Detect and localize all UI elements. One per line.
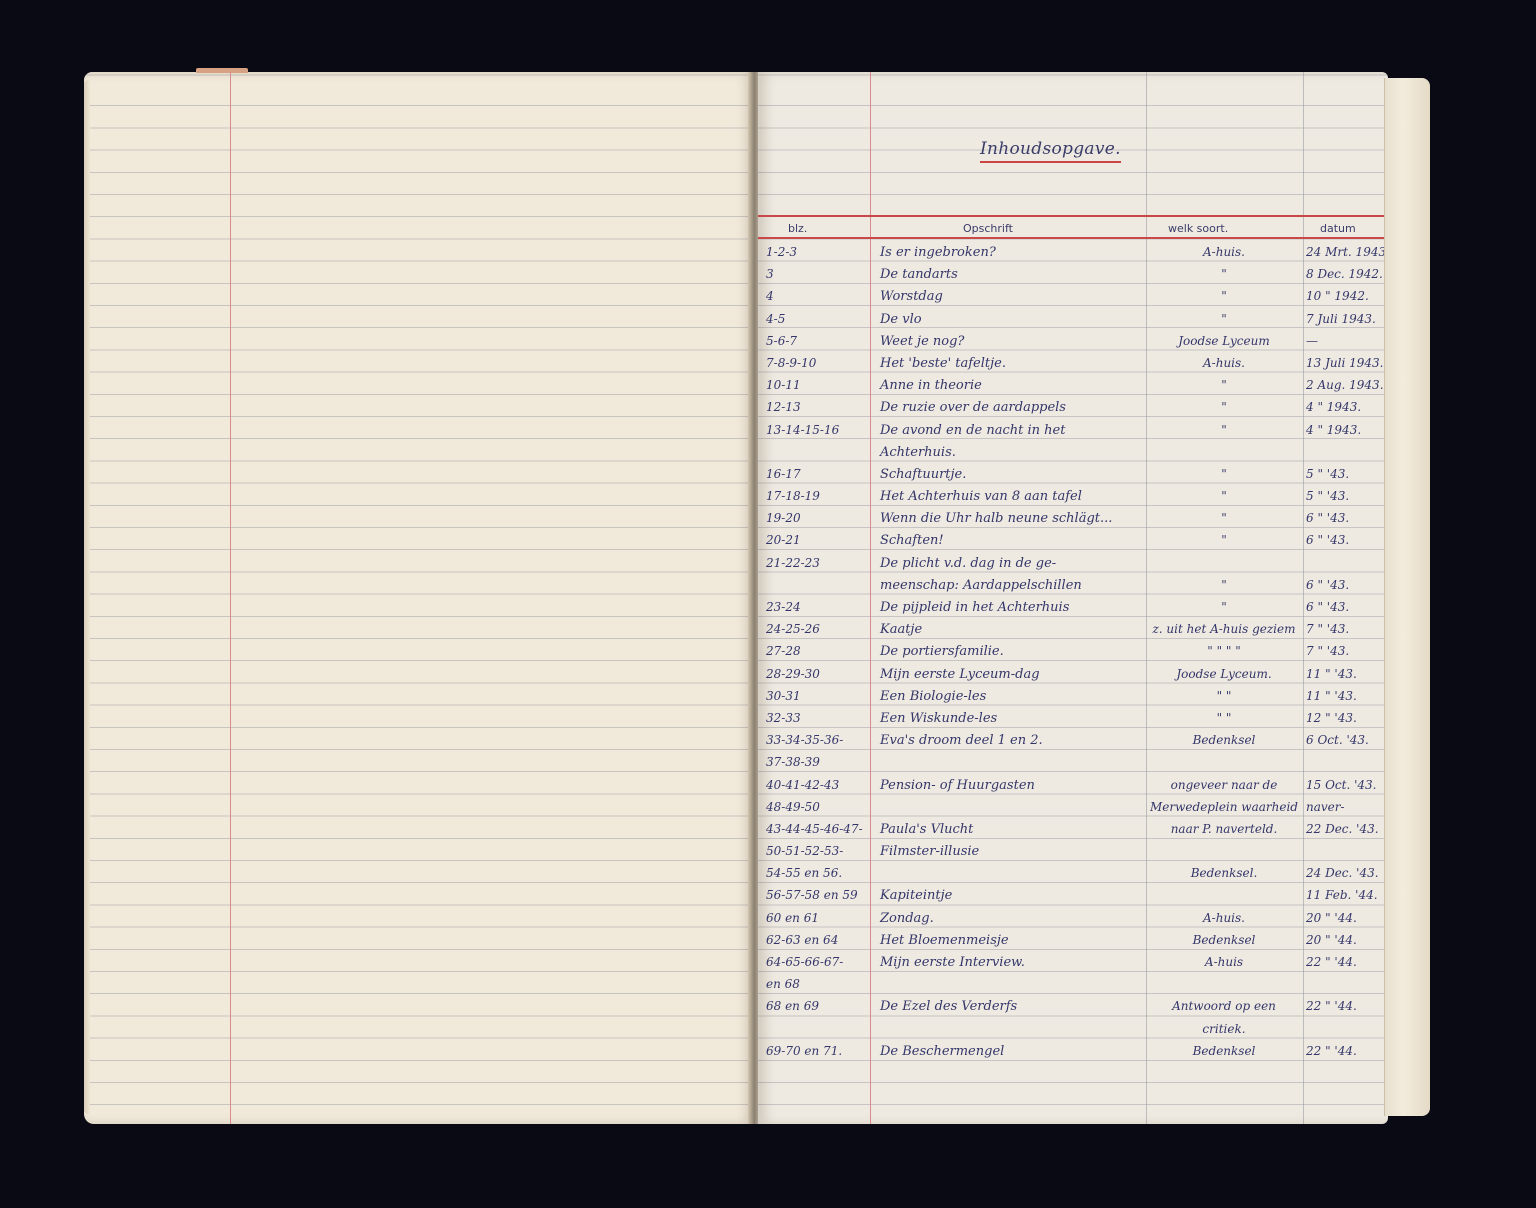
toc-page-number: 1-2-3 bbox=[766, 245, 866, 259]
toc-entry-date: 11 " '43. bbox=[1306, 667, 1386, 681]
toc-entry-title: Anne in theorie bbox=[880, 378, 1160, 393]
table-row: meenschap: Aardappelschillen"6 " '43. bbox=[758, 574, 1384, 596]
table-row: 3De tandarts"8 Dec. 1942. bbox=[758, 263, 1384, 285]
table-row: 33-34-35-36-Eva's droom deel 1 en 2.Bede… bbox=[758, 729, 1384, 751]
toc-entry-title: Het Achterhuis van 8 aan tafel bbox=[880, 489, 1160, 504]
toc-entry-date: 4 " 1943. bbox=[1306, 400, 1386, 414]
table-row: 64-65-66-67-Mijn eerste Interview.A-huis… bbox=[758, 951, 1384, 973]
toc-page-number: 4-5 bbox=[766, 312, 866, 326]
page-block-edge bbox=[1384, 78, 1430, 1116]
toc-page-number: 10-11 bbox=[766, 378, 866, 392]
toc-entry-kind: " " bbox=[1150, 711, 1298, 725]
toc-entry-title: Een Wiskunde-les bbox=[880, 711, 1160, 726]
toc-entry-kind: Bedenksel bbox=[1150, 733, 1298, 747]
right-page: Inhoudsopgave. blz. Opschrift welk soort… bbox=[758, 72, 1388, 1124]
toc-entry-date: 4 " 1943. bbox=[1306, 423, 1386, 437]
toc-entry-date: 11 " '43. bbox=[1306, 689, 1386, 703]
toc-entry-title: meenschap: Aardappelschillen bbox=[880, 578, 1160, 593]
toc-entry-date: — bbox=[1306, 334, 1386, 348]
toc-entry-title: De portiersfamilie. bbox=[880, 644, 1160, 659]
toc-page-number: 32-33 bbox=[766, 711, 866, 725]
table-row: 56-57-58 en 59Kapiteintje11 Feb. '44. bbox=[758, 884, 1384, 906]
table-row: 4Worstdag"10 " 1942. bbox=[758, 285, 1384, 307]
toc-entry-kind: naar P. naverteld. bbox=[1150, 822, 1298, 836]
toc-entry-date: 24 Mrt. 1943. bbox=[1306, 245, 1386, 259]
toc-entry-title: Weet je nog? bbox=[880, 334, 1160, 349]
toc-entry-kind: " bbox=[1150, 378, 1298, 392]
table-row: Achterhuis. bbox=[758, 441, 1384, 463]
toc-entry-kind: " bbox=[1150, 312, 1298, 326]
toc-entry-date: naver- bbox=[1306, 800, 1386, 814]
toc-entry-kind: " bbox=[1150, 578, 1298, 592]
table-row: 30-31Een Biologie-les" "11 " '43. bbox=[758, 685, 1384, 707]
table-row: 1-2-3Is er ingebroken?A-huis.24 Mrt. 194… bbox=[758, 241, 1384, 263]
toc-table: 1-2-3Is er ingebroken?A-huis.24 Mrt. 194… bbox=[758, 241, 1384, 1062]
table-row: critiek. bbox=[758, 1018, 1384, 1040]
toc-entry-title: Schaften! bbox=[880, 533, 1160, 548]
toc-entry-date: 6 " '43. bbox=[1306, 578, 1386, 592]
table-row: 37-38-39 bbox=[758, 751, 1384, 773]
toc-entry-date: 7 " '43. bbox=[1306, 622, 1386, 636]
toc-page-number: 5-6-7 bbox=[766, 334, 866, 348]
table-row: 69-70 en 71.De BeschermengelBedenksel22 … bbox=[758, 1040, 1384, 1062]
toc-entry-title: Schaftuurtje. bbox=[880, 467, 1160, 482]
table-row: 68 en 69De Ezel des VerderfsAntwoord op … bbox=[758, 995, 1384, 1017]
column-header-page: blz. bbox=[788, 222, 807, 235]
toc-page-number: 13-14-15-16 bbox=[766, 423, 866, 437]
toc-entry-kind: " bbox=[1150, 423, 1298, 437]
toc-page-number: 12-13 bbox=[766, 400, 866, 414]
toc-page-number: 37-38-39 bbox=[766, 755, 866, 769]
toc-entry-kind: Bedenksel bbox=[1150, 1044, 1298, 1058]
toc-entry-date: 8 Dec. 1942. bbox=[1306, 267, 1386, 281]
toc-entry-date: 6 " '43. bbox=[1306, 533, 1386, 547]
toc-entry-title: De ruzie over de aardappels bbox=[880, 400, 1160, 415]
left-page-edge bbox=[84, 80, 90, 1114]
toc-entry-title: Het 'beste' tafeltje. bbox=[880, 356, 1160, 371]
toc-page-number: 68 en 69 bbox=[766, 999, 866, 1013]
table-row: 20-21Schaften!"6 " '43. bbox=[758, 529, 1384, 551]
header-bottom-rule bbox=[758, 237, 1384, 239]
table-row: 21-22-23De plicht v.d. dag in de ge- bbox=[758, 552, 1384, 574]
toc-entry-title: De tandarts bbox=[880, 267, 1160, 282]
toc-entry-kind: " " bbox=[1150, 689, 1298, 703]
toc-entry-title: Mijn eerste Lyceum-dag bbox=[880, 667, 1160, 682]
toc-page-number: en 68 bbox=[766, 977, 866, 991]
header-top-rule bbox=[758, 215, 1384, 217]
toc-entry-title: De plicht v.d. dag in de ge- bbox=[880, 556, 1160, 571]
page-title: Inhoudsopgave. bbox=[980, 139, 1121, 163]
toc-entry-date: 7 " '43. bbox=[1306, 644, 1386, 658]
toc-entry-date: 2 Aug. 1943. bbox=[1306, 378, 1386, 392]
table-row: 19-20Wenn die Uhr halb neune schlägt..."… bbox=[758, 507, 1384, 529]
toc-page-number: 7-8-9-10 bbox=[766, 356, 866, 370]
toc-entry-date: 11 Feb. '44. bbox=[1306, 888, 1386, 902]
table-row: 62-63 en 64Het BloemenmeisjeBedenksel20 … bbox=[758, 929, 1384, 951]
toc-entry-kind: Joodse Lyceum bbox=[1150, 334, 1298, 348]
toc-page-number: 30-31 bbox=[766, 689, 866, 703]
toc-entry-date: 6 " '43. bbox=[1306, 511, 1386, 525]
toc-page-number: 16-17 bbox=[766, 467, 866, 481]
toc-entry-kind: A-huis. bbox=[1150, 911, 1298, 925]
toc-entry-date: 7 Juli 1943. bbox=[1306, 312, 1386, 326]
toc-entry-kind: critiek. bbox=[1150, 1022, 1298, 1036]
toc-entry-kind: Antwoord op een bbox=[1150, 999, 1298, 1013]
table-row: 24-25-26Kaatjez. uit het A-huis geziem7 … bbox=[758, 618, 1384, 640]
table-row: 43-44-45-46-47-Paula's Vluchtnaar P. nav… bbox=[758, 818, 1384, 840]
toc-page-number: 60 en 61 bbox=[766, 911, 866, 925]
table-row: 50-51-52-53-Filmster-illusie bbox=[758, 840, 1384, 862]
toc-page-number: 33-34-35-36- bbox=[766, 733, 866, 747]
page-tab-marker bbox=[196, 68, 248, 73]
toc-page-number: 40-41-42-43 bbox=[766, 778, 866, 792]
toc-entry-kind: A-huis. bbox=[1150, 356, 1298, 370]
table-row: 10-11Anne in theorie"2 Aug. 1943. bbox=[758, 374, 1384, 396]
toc-page-number: 20-21 bbox=[766, 533, 866, 547]
toc-entry-date: 22 " '44. bbox=[1306, 999, 1386, 1013]
table-row: 48-49-50Merwedeplein waarheidnaver- bbox=[758, 796, 1384, 818]
column-header-date: datum bbox=[1320, 222, 1356, 235]
toc-entry-title: Paula's Vlucht bbox=[880, 822, 1160, 837]
table-row: 27-28De portiersfamilie." " " "7 " '43. bbox=[758, 640, 1384, 662]
toc-entry-date: 10 " 1942. bbox=[1306, 289, 1386, 303]
toc-entry-title: Zondag. bbox=[880, 911, 1160, 926]
toc-entry-kind: " bbox=[1150, 511, 1298, 525]
toc-entry-date: 22 " '44. bbox=[1306, 1044, 1386, 1058]
table-row: 16-17Schaftuurtje."5 " '43. bbox=[758, 463, 1384, 485]
toc-entry-title: De vlo bbox=[880, 312, 1160, 327]
toc-entry-date: 12 " '43. bbox=[1306, 711, 1386, 725]
toc-entry-kind: A-huis bbox=[1150, 955, 1298, 969]
toc-entry-date: 6 Oct. '43. bbox=[1306, 733, 1386, 747]
toc-entry-date: 5 " '43. bbox=[1306, 489, 1386, 503]
column-header-kind: welk soort. bbox=[1168, 222, 1228, 235]
toc-entry-kind: A-huis. bbox=[1150, 245, 1298, 259]
toc-entry-kind: ongeveer naar de bbox=[1150, 778, 1298, 792]
toc-page-number: 56-57-58 en 59 bbox=[766, 888, 866, 902]
toc-entry-title: De Ezel des Verderfs bbox=[880, 999, 1160, 1014]
toc-entry-date: 24 Dec. '43. bbox=[1306, 866, 1386, 880]
toc-entry-kind: Joodse Lyceum. bbox=[1150, 667, 1298, 681]
table-row: 54-55 en 56.Bedenksel.24 Dec. '43. bbox=[758, 862, 1384, 884]
table-row: 60 en 61Zondag.A-huis.20 " '44. bbox=[758, 907, 1384, 929]
table-row: 23-24De pijpleid in het Achterhuis"6 " '… bbox=[758, 596, 1384, 618]
toc-page-number: 48-49-50 bbox=[766, 800, 866, 814]
table-row: 7-8-9-10Het 'beste' tafeltje.A-huis.13 J… bbox=[758, 352, 1384, 374]
toc-page-number: 27-28 bbox=[766, 644, 866, 658]
toc-entry-date: 22 " '44. bbox=[1306, 955, 1386, 969]
table-row: 13-14-15-16De avond en de nacht in het"4… bbox=[758, 419, 1384, 441]
toc-entry-kind: " bbox=[1150, 600, 1298, 614]
toc-page-number: 17-18-19 bbox=[766, 489, 866, 503]
toc-page-number: 64-65-66-67- bbox=[766, 955, 866, 969]
toc-page-number: 43-44-45-46-47- bbox=[766, 822, 866, 836]
toc-entry-title: Filmster-illusie bbox=[880, 844, 1160, 859]
toc-entry-date: 5 " '43. bbox=[1306, 467, 1386, 481]
left-page bbox=[84, 72, 752, 1124]
toc-page-number: 24-25-26 bbox=[766, 622, 866, 636]
toc-entry-title: Een Biologie-les bbox=[880, 689, 1160, 704]
toc-entry-title: De avond en de nacht in het bbox=[880, 423, 1160, 438]
toc-page-number: 54-55 en 56. bbox=[766, 866, 866, 880]
toc-entry-title: Kapiteintje bbox=[880, 888, 1160, 903]
table-row: 40-41-42-43Pension- of Huurgastenongevee… bbox=[758, 774, 1384, 796]
table-row: 17-18-19Het Achterhuis van 8 aan tafel"5… bbox=[758, 485, 1384, 507]
toc-entry-kind: " bbox=[1150, 267, 1298, 281]
toc-entry-title: Wenn die Uhr halb neune schlägt... bbox=[880, 511, 1160, 526]
toc-entry-title: Achterhuis. bbox=[880, 445, 1160, 460]
table-row: 4-5De vlo"7 Juli 1943. bbox=[758, 308, 1384, 330]
toc-page-number: 28-29-30 bbox=[766, 667, 866, 681]
toc-page-number: 4 bbox=[766, 289, 866, 303]
table-row: 32-33Een Wiskunde-les" "12 " '43. bbox=[758, 707, 1384, 729]
toc-entry-title: Kaatje bbox=[880, 622, 1160, 637]
toc-entry-kind: Bedenksel bbox=[1150, 933, 1298, 947]
toc-entry-kind: " bbox=[1150, 489, 1298, 503]
toc-entry-kind: " bbox=[1150, 289, 1298, 303]
toc-page-number: 69-70 en 71. bbox=[766, 1044, 866, 1058]
toc-page-number: 62-63 en 64 bbox=[766, 933, 866, 947]
table-row: 12-13De ruzie over de aardappels"4 " 194… bbox=[758, 396, 1384, 418]
toc-page-number: 23-24 bbox=[766, 600, 866, 614]
toc-entry-title: Worstdag bbox=[880, 289, 1160, 304]
left-margin-line bbox=[230, 72, 231, 1124]
toc-entry-title: Eva's droom deel 1 en 2. bbox=[880, 733, 1160, 748]
toc-entry-date: 22 Dec. '43. bbox=[1306, 822, 1386, 836]
toc-entry-date: 6 " '43. bbox=[1306, 600, 1386, 614]
table-row: en 68 bbox=[758, 973, 1384, 995]
table-row: 5-6-7Weet je nog?Joodse Lyceum— bbox=[758, 330, 1384, 352]
toc-entry-title: Mijn eerste Interview. bbox=[880, 955, 1160, 970]
toc-entry-kind: " " " " bbox=[1150, 644, 1298, 658]
toc-entry-kind: " bbox=[1150, 467, 1298, 481]
notebook-spread: Inhoudsopgave. blz. Opschrift welk soort… bbox=[84, 72, 1429, 1124]
column-header-title: Opschrift bbox=[963, 222, 1013, 235]
toc-entry-title: Pension- of Huurgasten bbox=[880, 778, 1160, 793]
toc-entry-kind: " bbox=[1150, 400, 1298, 414]
toc-page-number: 19-20 bbox=[766, 511, 866, 525]
toc-entry-date: 13 Juli 1943. bbox=[1306, 356, 1386, 370]
toc-entry-date: 20 " '44. bbox=[1306, 933, 1386, 947]
toc-entry-title: Is er ingebroken? bbox=[880, 245, 1160, 260]
toc-entry-kind: Merwedeplein waarheid bbox=[1150, 800, 1298, 814]
toc-entry-date: 15 Oct. '43. bbox=[1306, 778, 1386, 792]
toc-entry-kind: " bbox=[1150, 533, 1298, 547]
toc-entry-title: De pijpleid in het Achterhuis bbox=[880, 600, 1160, 615]
toc-page-number: 3 bbox=[766, 267, 866, 281]
toc-entry-kind: Bedenksel. bbox=[1150, 866, 1298, 880]
toc-entry-title: Het Bloemenmeisje bbox=[880, 933, 1160, 948]
table-row: 28-29-30Mijn eerste Lyceum-dagJoodse Lyc… bbox=[758, 663, 1384, 685]
toc-page-number: 50-51-52-53- bbox=[766, 844, 866, 858]
toc-entry-kind: z. uit het A-huis geziem bbox=[1150, 622, 1298, 636]
toc-entry-date: 20 " '44. bbox=[1306, 911, 1386, 925]
toc-entry-title: De Beschermengel bbox=[880, 1044, 1160, 1059]
toc-page-number: 21-22-23 bbox=[766, 556, 866, 570]
